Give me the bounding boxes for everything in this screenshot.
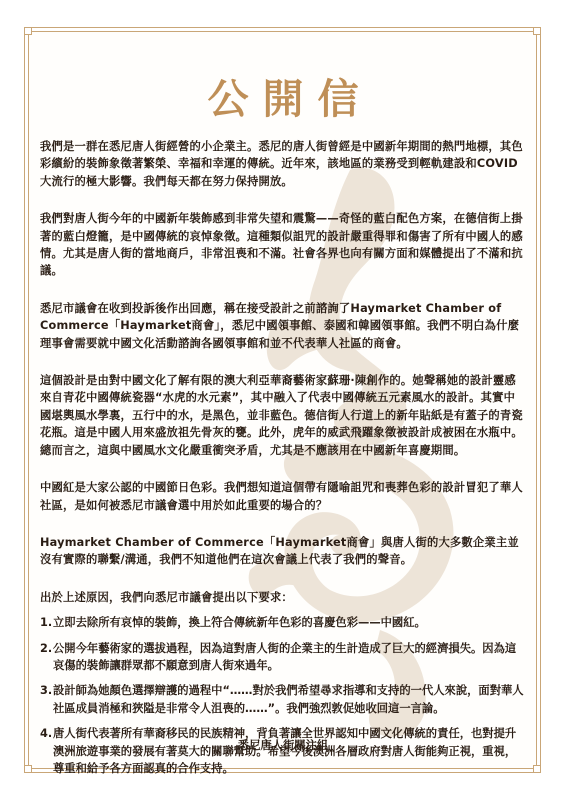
request-text: 立即去除所有哀悼的裝飾，換上符合傳統新年色彩的喜慶色彩——中國紅。 <box>53 614 526 631</box>
paragraph-intro: 我們是一群在悉尼唐人街經營的小企業主。悉尼的唐人街曾經是中國新年期間的熱門地標，… <box>40 138 526 190</box>
request-item: 2. 公開今年藝術家的選拔過程，因為這對唐人街的企業主的生計造成了巨大的經濟損失… <box>40 640 526 675</box>
request-item: 1. 立即去除所有哀悼的裝飾，換上符合傳統新年色彩的喜慶色彩——中國紅。 <box>40 614 526 631</box>
letter-body: 我們是一群在悉尼唐人街經營的小企業主。悉尼的唐人街曾經是中國新年期間的熱門地標，… <box>40 138 526 785</box>
page-title: 公開信 <box>0 66 566 125</box>
paragraph-design-origin: 這個設計是由對中國文化了解有限的澳大利亞華裔藝術家蘇珊·陳創作的。她聲稱她的設計… <box>40 372 526 459</box>
request-text: 公開今年藝術家的選拔過程，因為這對唐人街的企業主的生計造成了巨大的經濟損失。因為… <box>53 640 526 675</box>
signature: 悉尼唐人街關注組 <box>0 737 566 753</box>
paragraph-chinese-red: 中國紅是大家公認的中國節日色彩。我們想知道這個帶有隱喻詛咒和喪葬色彩的設計冒犯了… <box>40 479 526 514</box>
fret-corner-icon <box>533 765 541 773</box>
requests-intro: 出於上述原因，我們向悉尼市議會提出以下要求： <box>40 589 526 606</box>
request-item: 3. 設計師為她顏色選擇辯護的過程中“……對於我們希望尋求指導和支持的一代人來說… <box>40 682 526 717</box>
paragraph-chamber: Haymarket Chamber of Commerce「Haymarket商… <box>40 534 526 569</box>
fret-corner-icon <box>24 27 32 35</box>
paragraph-council-response: 悉尼市議會在收到投訴後作出回應，稱在接受設計之前諮詢了Haymarket Cha… <box>40 300 526 352</box>
request-text: 設計師為她顏色選擇辯護的過程中“……對於我們希望尋求指導和支持的一代人來說，面對… <box>53 682 526 717</box>
paragraph-disappointment: 我們對唐人街今年的中國新年裝飾感到非常失望和震驚——奇怪的藍白配色方案，在德信街… <box>40 210 526 280</box>
fret-corner-icon <box>24 765 32 773</box>
fret-corner-icon <box>533 27 541 35</box>
request-number: 1. <box>40 614 53 631</box>
request-number: 2. <box>40 640 53 675</box>
request-number: 3. <box>40 682 53 717</box>
